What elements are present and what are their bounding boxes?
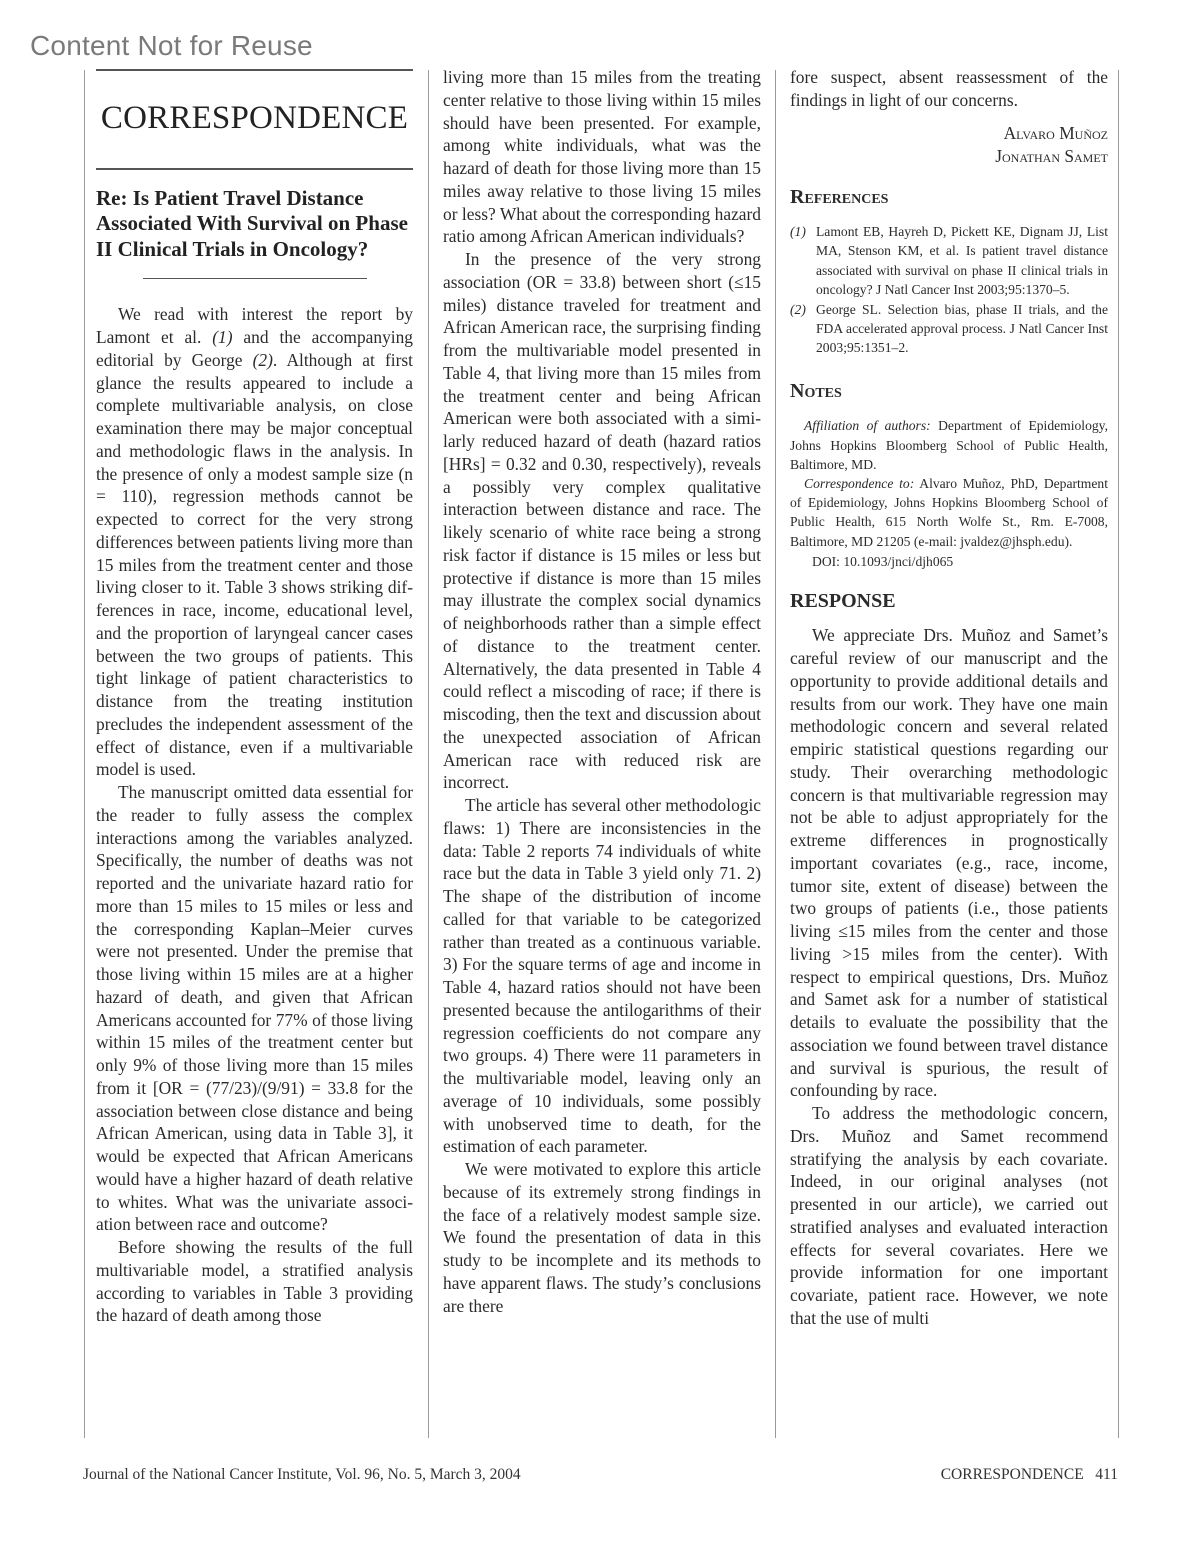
column-2: living more than 15 miles from the treat… [443, 66, 761, 1317]
notes-body: Affiliation of authors: Department of Ep… [790, 416, 1108, 550]
references-list: (1) Lamont EB, Hayreh D, Pickett KE, Dig… [790, 222, 1108, 357]
reference-text: George SL. Selection bias, phase II tria… [816, 300, 1108, 358]
column-divider [1118, 70, 1119, 1438]
letter-paragraph-1: We read with interest the report by Lamo… [96, 303, 413, 781]
letter-paragraph-6-start: We were motivated to explore this articl… [443, 1158, 761, 1317]
correspondence-note: Correspondence to: Alvaro Muñoz, PhD, De… [790, 474, 1108, 551]
letter-paragraph-3-start: Before showing the results of the full m… [96, 1236, 413, 1327]
reference-number: (1) [790, 222, 810, 299]
column-divider [84, 70, 85, 1438]
watermark: Content Not for Reuse [30, 30, 313, 62]
footer-page-label: CORRESPONDENCE 411 [941, 1466, 1118, 1484]
response-paragraph-2: To address the methodologic con­cern, Dr… [790, 1102, 1108, 1330]
response-heading: RESPONSE [790, 590, 1108, 613]
references-heading: References [790, 186, 1108, 209]
signature-author-1: Alvaro Muñoz [790, 122, 1108, 145]
affiliation-label: Affiliation of authors: [804, 418, 931, 433]
reference-number: (2) [790, 300, 810, 358]
reference-item: (1) Lamont EB, Hayreh D, Pickett KE, Dig… [790, 222, 1108, 299]
reference-text: Lamont EB, Hayreh D, Pickett KE, Dignam … [816, 222, 1108, 299]
affiliation-note: Affiliation of authors: Department of Ep… [790, 416, 1108, 474]
title-underline [143, 278, 367, 279]
signature-author-2: Jonathan Samet [790, 145, 1108, 168]
column-divider [428, 70, 429, 1438]
reference-item: (2) George SL. Selection bias, phase II … [790, 300, 1108, 358]
column-3: fore suspect, absent reassessment of the… [790, 66, 1108, 1330]
top-rule [96, 69, 413, 71]
column-1: CORRESPONDENCE Re: Is Patient Travel Dis… [96, 66, 413, 1327]
column-divider [775, 70, 776, 1438]
letter-paragraph-2: The manuscript omitted data essen­tial f… [96, 781, 413, 1236]
letter-paragraph-6-cont: fore suspect, absent reassessment of the… [790, 66, 1108, 112]
correspondence-label: Correspondence to: [804, 476, 914, 491]
footer-journal-citation: Journal of the National Cancer Institute… [83, 1466, 521, 1484]
notes-heading: Notes [790, 380, 1108, 403]
letter-paragraph-3-cont: living more than 15 miles from the treat… [443, 66, 761, 248]
letter-paragraph-5: The article has several other method­olo… [443, 794, 761, 1158]
letter-paragraph-4: In the presence of the very strong assoc… [443, 248, 761, 794]
doi: DOI: 10.1093/jnci/djh065 [790, 551, 1108, 574]
signatures: Alvaro Muñoz Jonathan Samet [790, 122, 1108, 168]
section-title: CORRESPONDENCE [96, 107, 413, 130]
title-rule [96, 168, 413, 170]
article-title: Re: Is Patient Travel Distance Associate… [96, 186, 413, 263]
response-paragraph-1: We appreciate Drs. Muñoz and Samet’s car… [790, 624, 1108, 1102]
